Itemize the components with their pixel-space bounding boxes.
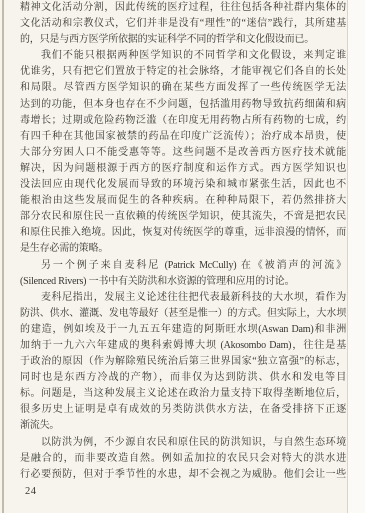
- text-line: 于政治的原因（作为解除殖民统治后第三世界国家“独立富强”的标志，: [20, 354, 346, 370]
- text-line: 精神文化活动分割，因此传统的医疗过程，往往包括各种社群内集体的: [20, 0, 346, 16]
- text-line: 加纳于一九六六年建成的奥科索姆博大坝 (Akosombo Dam)，往往是基: [20, 338, 346, 354]
- page-left-edge-line: [2, 0, 4, 513]
- text-line: 另一个例子来自麦科尼 (Patrick McCully) 在《被消声的河流》: [20, 258, 346, 274]
- text-line: 是生存必需的策略。: [20, 241, 346, 257]
- text-line: 和局限。尽管西方医学知识的确在某些方面发挥了一些传统医学无法: [20, 80, 346, 96]
- text-line: 能根治由这些发展而促生的各种疾病。在种种局限下，若仍然排挤大: [20, 193, 346, 209]
- text-line: 防洪、供水、灌溉、发电等最好（甚至是惟一）的方式。但实际上，大水坝: [20, 306, 346, 322]
- text-line: 解决，因为问题根源于西方的医疗制度和运作方式。西方医学知识也: [20, 161, 346, 177]
- text-line: 没法回应由现代化发展而导致的环境污染和城市紧张生活，因此也不: [20, 177, 346, 193]
- text-line: 很多历史上证明是卓有成效的另类防洪供水方法，在备受排挤下正逐: [20, 402, 346, 418]
- text-line: 行必要预防，但对于季节性的水患，却不会视之为威胁。他们会让一些: [20, 467, 346, 483]
- text-line: 达到的功能，但本身也存在不少问题，包括滥用药物导致抗药细菌和病: [20, 97, 346, 113]
- text-line: 我们不能只根据两种医学知识的不同哲学和文化假设，来判定谁: [20, 48, 346, 64]
- text-line: 麦科尼指出，发展主义论述往往把代表最新科技的大水坝，看作为: [20, 290, 346, 306]
- text-line: 大部分穷困人口不能受惠等等。这些问题不是改善西方医疗技术就能: [20, 145, 346, 161]
- text-line: 以防洪为例，不少源自农民和原住民的防洪知识，与自然生态环境: [20, 435, 346, 451]
- text-line: 的，只是与西方医学所依据的实证科学不同的哲学和文化假设而已。: [20, 32, 346, 48]
- page-number: 24: [25, 485, 37, 499]
- text-line: 部分农民和原住民一直依赖的传统医学知识，使其流失，不啻是把农民: [20, 209, 346, 225]
- text-line: 的建造，例如埃及于一九五五年建造的阿斯旺水坝(Aswan Dam)和非洲: [20, 322, 346, 338]
- text-line: 有四千种在其他国家被禁的药品在印度广泛流传）；治疗成本昂贵，使: [20, 129, 346, 145]
- book-page: 精神文化活动分割，因此传统的医疗过程，往往包括各种社群内集体的 文化活动和宗教仪…: [0, 0, 365, 513]
- text-line: 同时也是东西方冷战的产物），而非仅为达到防洪、供水和发电等目: [20, 370, 346, 386]
- text-line: 是融合的，而非要改造自然。例如孟加拉的农民只会对特大的洪水进: [20, 451, 346, 467]
- body-text: 精神文化活动分割，因此传统的医疗过程，往往包括各种社群内集体的 文化活动和宗教仪…: [20, 0, 346, 483]
- text-line: 和原住民推入绝境。因此，恢复对传统医学的尊重，远非浪漫的情怀，而: [20, 225, 346, 241]
- text-line: 文化活动和宗教仪式，它们并非是没有“理性”的“迷信”践行，其所建基: [20, 16, 346, 32]
- text-line: 渐流失。: [20, 418, 346, 434]
- text-line: 标。问题是，当这种发展主义论述在政治力量支持下取得垄断地位后，: [20, 386, 346, 402]
- text-line: 毒增长；过期或危险药物泛滥（在印度无用药物占所有药物的七成，约: [20, 113, 346, 129]
- page-right-margin-strip: [348, 0, 365, 513]
- text-line: (Silenced Rivers) 一书中有关防洪和水资源的管理和应用的讨论。: [20, 274, 346, 290]
- text-line: 优谁劣，只有把它们置放于特定的社会脉络，才能审视它们各自的长处: [20, 64, 346, 80]
